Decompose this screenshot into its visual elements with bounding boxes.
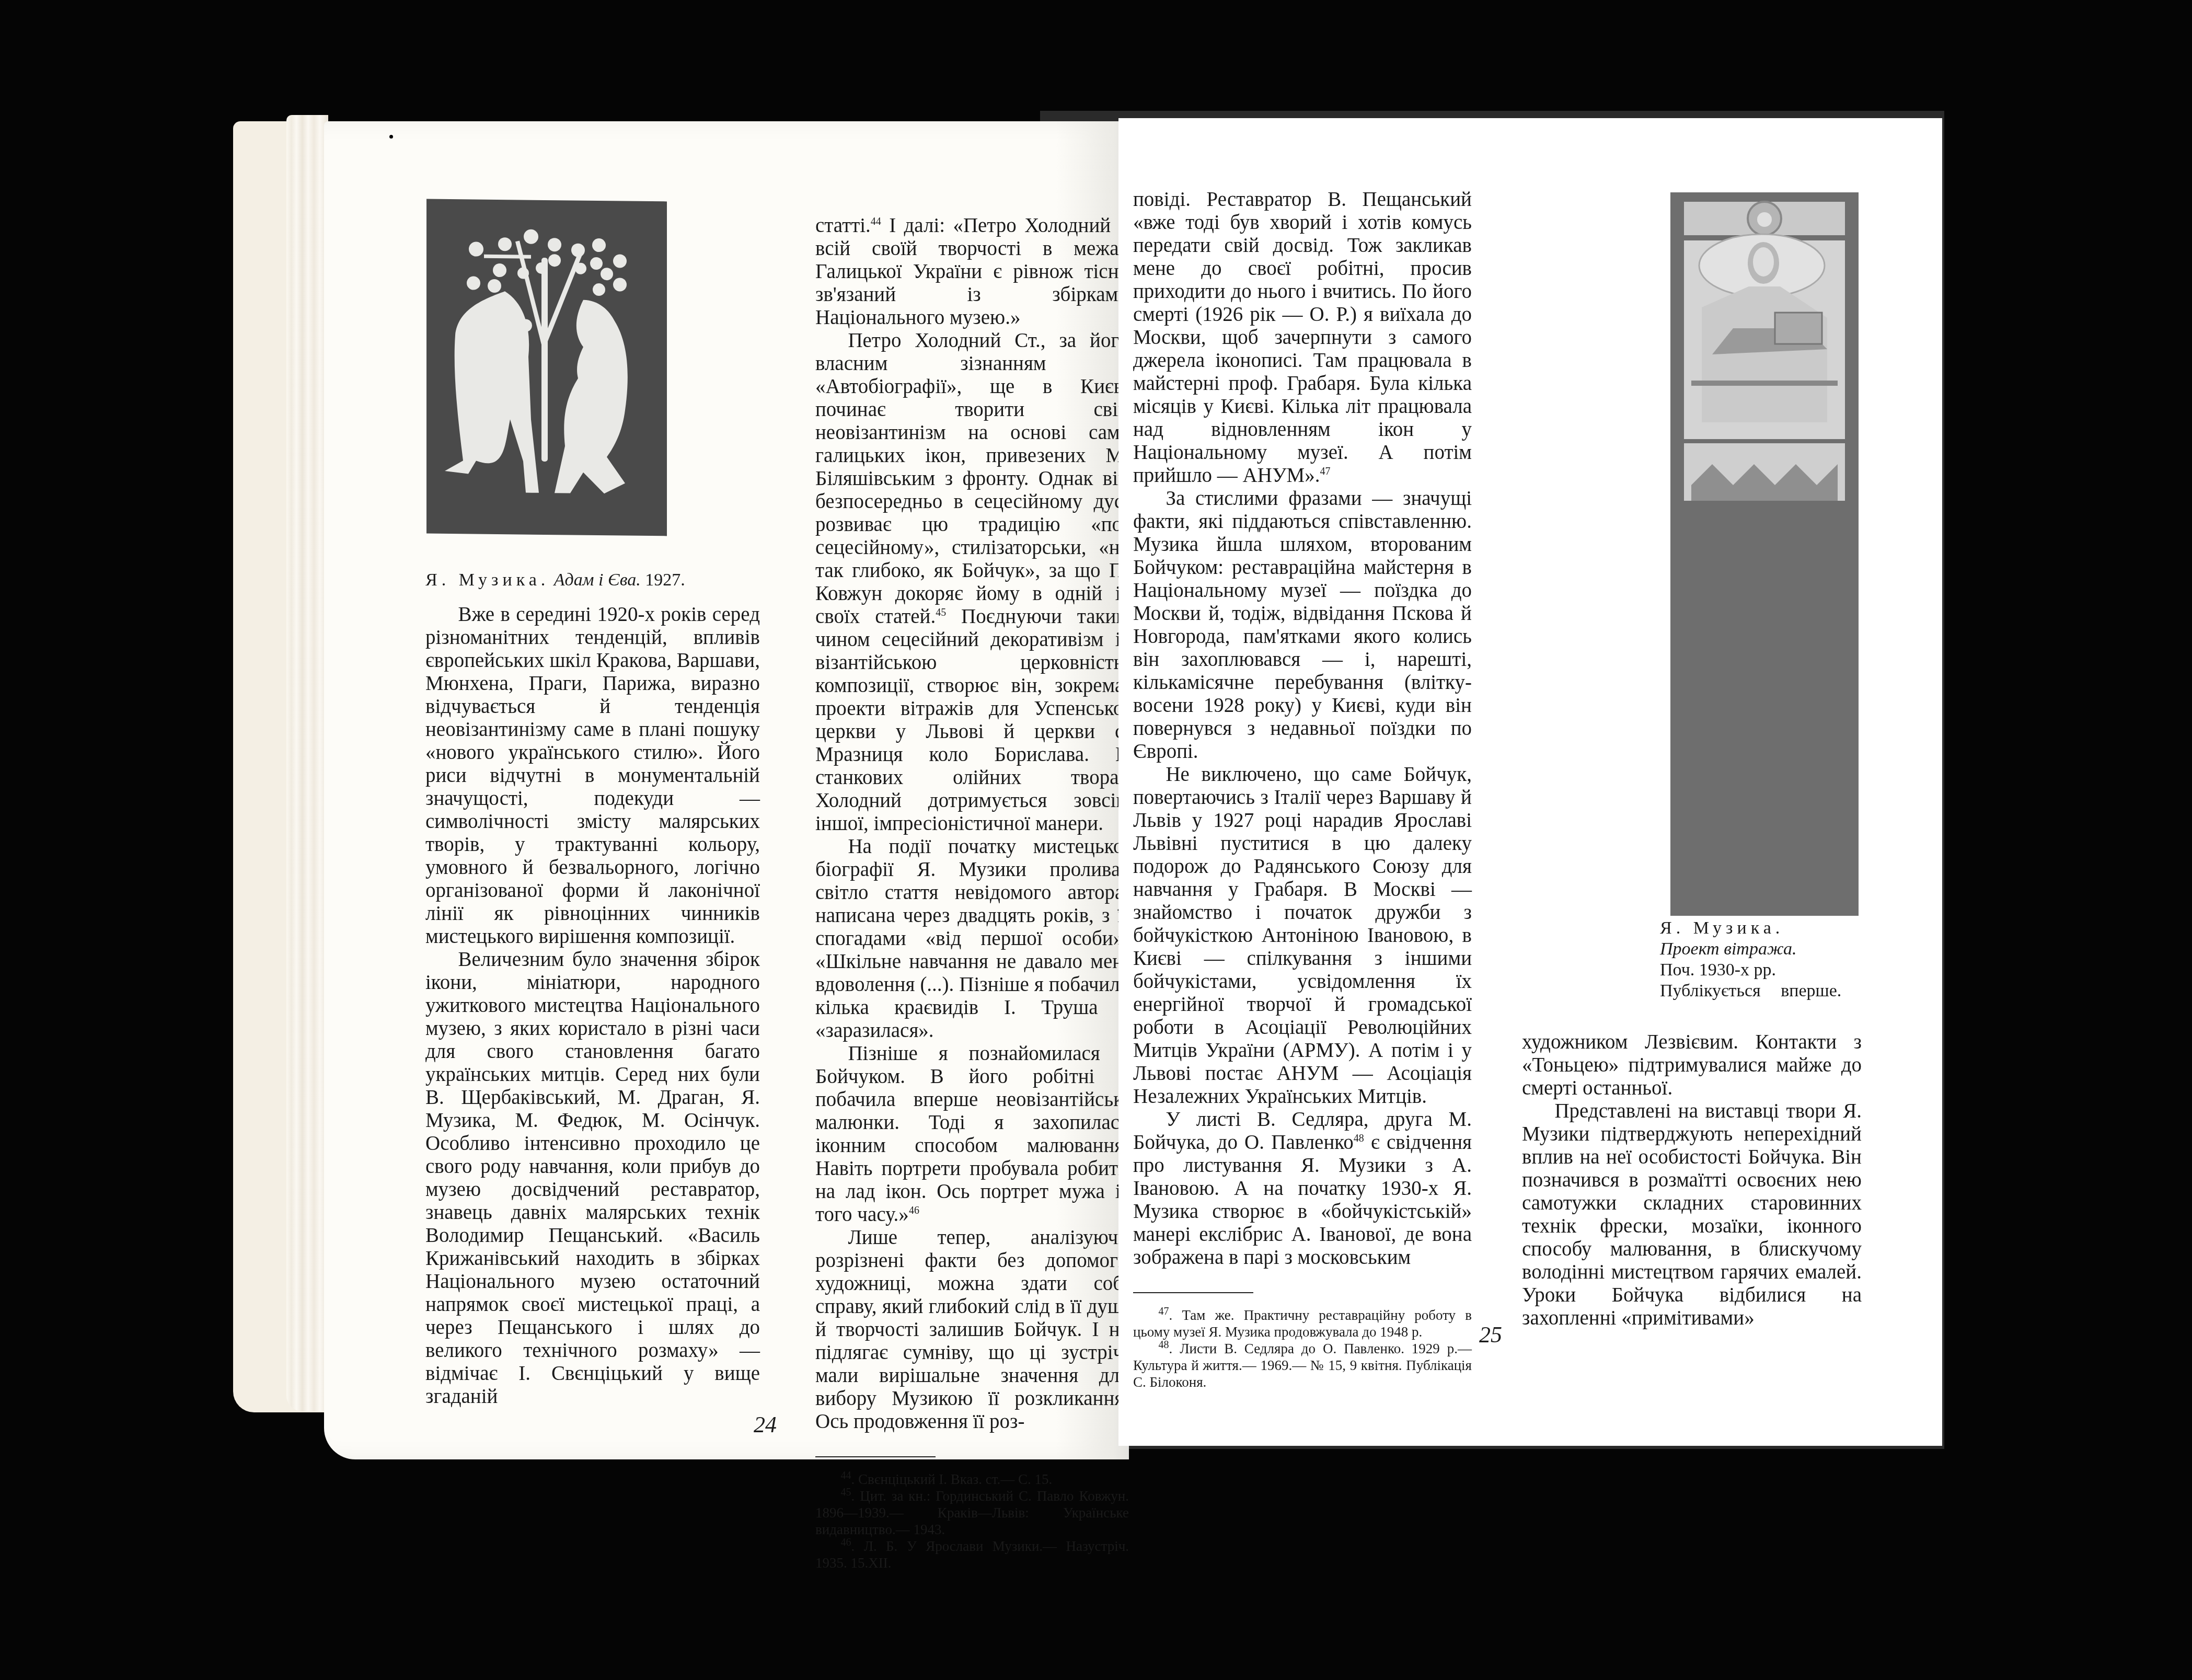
paragraph: Лише тепер, аналізуючи розрізнені факти … bbox=[815, 1226, 1129, 1433]
footnote-ref[interactable]: 46 bbox=[909, 1205, 919, 1216]
paragraph: Пізніше я познайомилася з Бойчуком. В йо… bbox=[815, 1042, 1129, 1226]
illustration-caption: Я. Музика. Адам і Єва. 1927. bbox=[425, 570, 760, 591]
left-page-column-1: Я. Музика. Адам і Єва. 1927. Вже в серед… bbox=[425, 570, 760, 1408]
paragraph: У листі В. Седляра, друга М. Бойчука, до… bbox=[1133, 1108, 1472, 1269]
footnote: 45. Цит. за кн.: Гординський С. Павло Ко… bbox=[815, 1488, 1129, 1538]
footnote-number: 45 bbox=[841, 1487, 851, 1498]
footnote-text: . Там же. Практичну реставраційну роботу… bbox=[1133, 1307, 1472, 1340]
page-number-right: 25 bbox=[1479, 1321, 1502, 1348]
footnotes: 44. Свєнціцький І. Вказ. ст.— С. 15. 45.… bbox=[815, 1471, 1129, 1571]
right-page-column-1: повіді. Реставратор В. Пещанський «вже т… bbox=[1133, 188, 1472, 1390]
footnote: 46. Л. Б. У Ярослави Музики.— Назустріч.… bbox=[815, 1538, 1129, 1571]
footnote-number: 47 bbox=[1159, 1306, 1169, 1317]
footnote-ref[interactable]: 44 bbox=[871, 216, 881, 227]
caption-author: Я. Музика. bbox=[425, 570, 549, 590]
footnotes: 47. Там же. Практичну реставраційну робо… bbox=[1133, 1307, 1472, 1390]
text-run: статті. bbox=[815, 214, 871, 237]
paragraph: Петро Холодний Ст., за його власним зізн… bbox=[815, 329, 1129, 835]
footnote-ref[interactable]: 45 bbox=[936, 607, 946, 618]
right-page-illustration-caption: Я. Музика. Проект вітража. Поч. 1930-х р… bbox=[1660, 918, 1859, 1002]
footnote: 47. Там же. Практичну реставраційну робо… bbox=[1133, 1307, 1472, 1340]
footnote-number: 46 bbox=[841, 1537, 851, 1548]
footnote-text: . Свєнціцький І. Вказ. ст.— С. 15. bbox=[851, 1471, 1053, 1487]
text-run: Поєднуючи таким чином сецесійний декорат… bbox=[815, 605, 1129, 835]
caption-author: Я. Музика. bbox=[1660, 918, 1859, 939]
footnote-text: . Л. Б. У Ярослави Музики.— Назустріч. 1… bbox=[815, 1538, 1129, 1571]
caption-year: 1927. bbox=[645, 570, 685, 590]
page-number-left: 24 bbox=[754, 1411, 777, 1438]
paragraph: На події початку мистецької біографії Я.… bbox=[815, 835, 1129, 1042]
paragraph: статті.44 І далі: «Петро Холодний у всій… bbox=[815, 214, 1129, 329]
caption-note: Публікується вперше. bbox=[1660, 981, 1859, 1002]
footnote: 44. Свєнціцький І. Вказ. ст.— С. 15. bbox=[815, 1471, 1129, 1488]
footnote-number: 48 bbox=[1159, 1339, 1169, 1351]
right-page-column-2: художником Лезвієвим. Контакти з «Тоньце… bbox=[1522, 1031, 1862, 1330]
caption-title: Адам і Єва. bbox=[554, 570, 641, 590]
stained-glass-project-image bbox=[1670, 192, 1859, 916]
footnote: 48. Листи В. Седляра до О. Павленко. 192… bbox=[1133, 1340, 1472, 1390]
caption-date: Поч. 1930-х рр. bbox=[1660, 960, 1859, 981]
paragraph: Представлені на виставці твори Я. Музики… bbox=[1522, 1100, 1862, 1330]
footnote-divider bbox=[815, 1456, 936, 1457]
page-stack-edges bbox=[286, 115, 328, 1411]
footnote-divider bbox=[1133, 1292, 1253, 1293]
footnote-text: . Цит. за кн.: Гординський С. Павло Ковж… bbox=[815, 1488, 1129, 1537]
left-page-column-2: статті.44 І далі: «Петро Холодний у всій… bbox=[815, 214, 1129, 1571]
text-run: повіді. Реставратор В. Пещанський «вже т… bbox=[1133, 188, 1472, 487]
page-speck bbox=[389, 135, 393, 139]
caption-title: Проект вітража. bbox=[1660, 939, 1859, 960]
text-run: Петро Холодний Ст., за його власним зізн… bbox=[815, 329, 1129, 628]
paragraph: художником Лезвієвим. Контакти з «Тоньце… bbox=[1522, 1031, 1862, 1100]
paragraph: За стислими фразами — значущі факти, які… bbox=[1133, 487, 1472, 763]
footnote-text: . Листи В. Седляра до О. Павленко. 1929 … bbox=[1133, 1341, 1472, 1390]
footnote-number: 44 bbox=[841, 1470, 851, 1481]
footnote-ref[interactable]: 48 bbox=[1354, 1133, 1364, 1144]
paragraph: Не виключено, що саме Бойчук, повертаючи… bbox=[1133, 763, 1472, 1108]
adam-and-eve-linocut-image bbox=[426, 199, 667, 536]
paragraph: повіді. Реставратор В. Пещанський «вже т… bbox=[1133, 188, 1472, 487]
text-run: Пізніше я познайомилася з Бойчуком. В йо… bbox=[815, 1042, 1129, 1226]
footnote-ref[interactable]: 47 bbox=[1320, 466, 1330, 477]
paragraph: Вже в середині 1920-х років серед різном… bbox=[425, 603, 760, 948]
paragraph: Величезним було значення збірок ікони, м… bbox=[425, 948, 760, 1408]
